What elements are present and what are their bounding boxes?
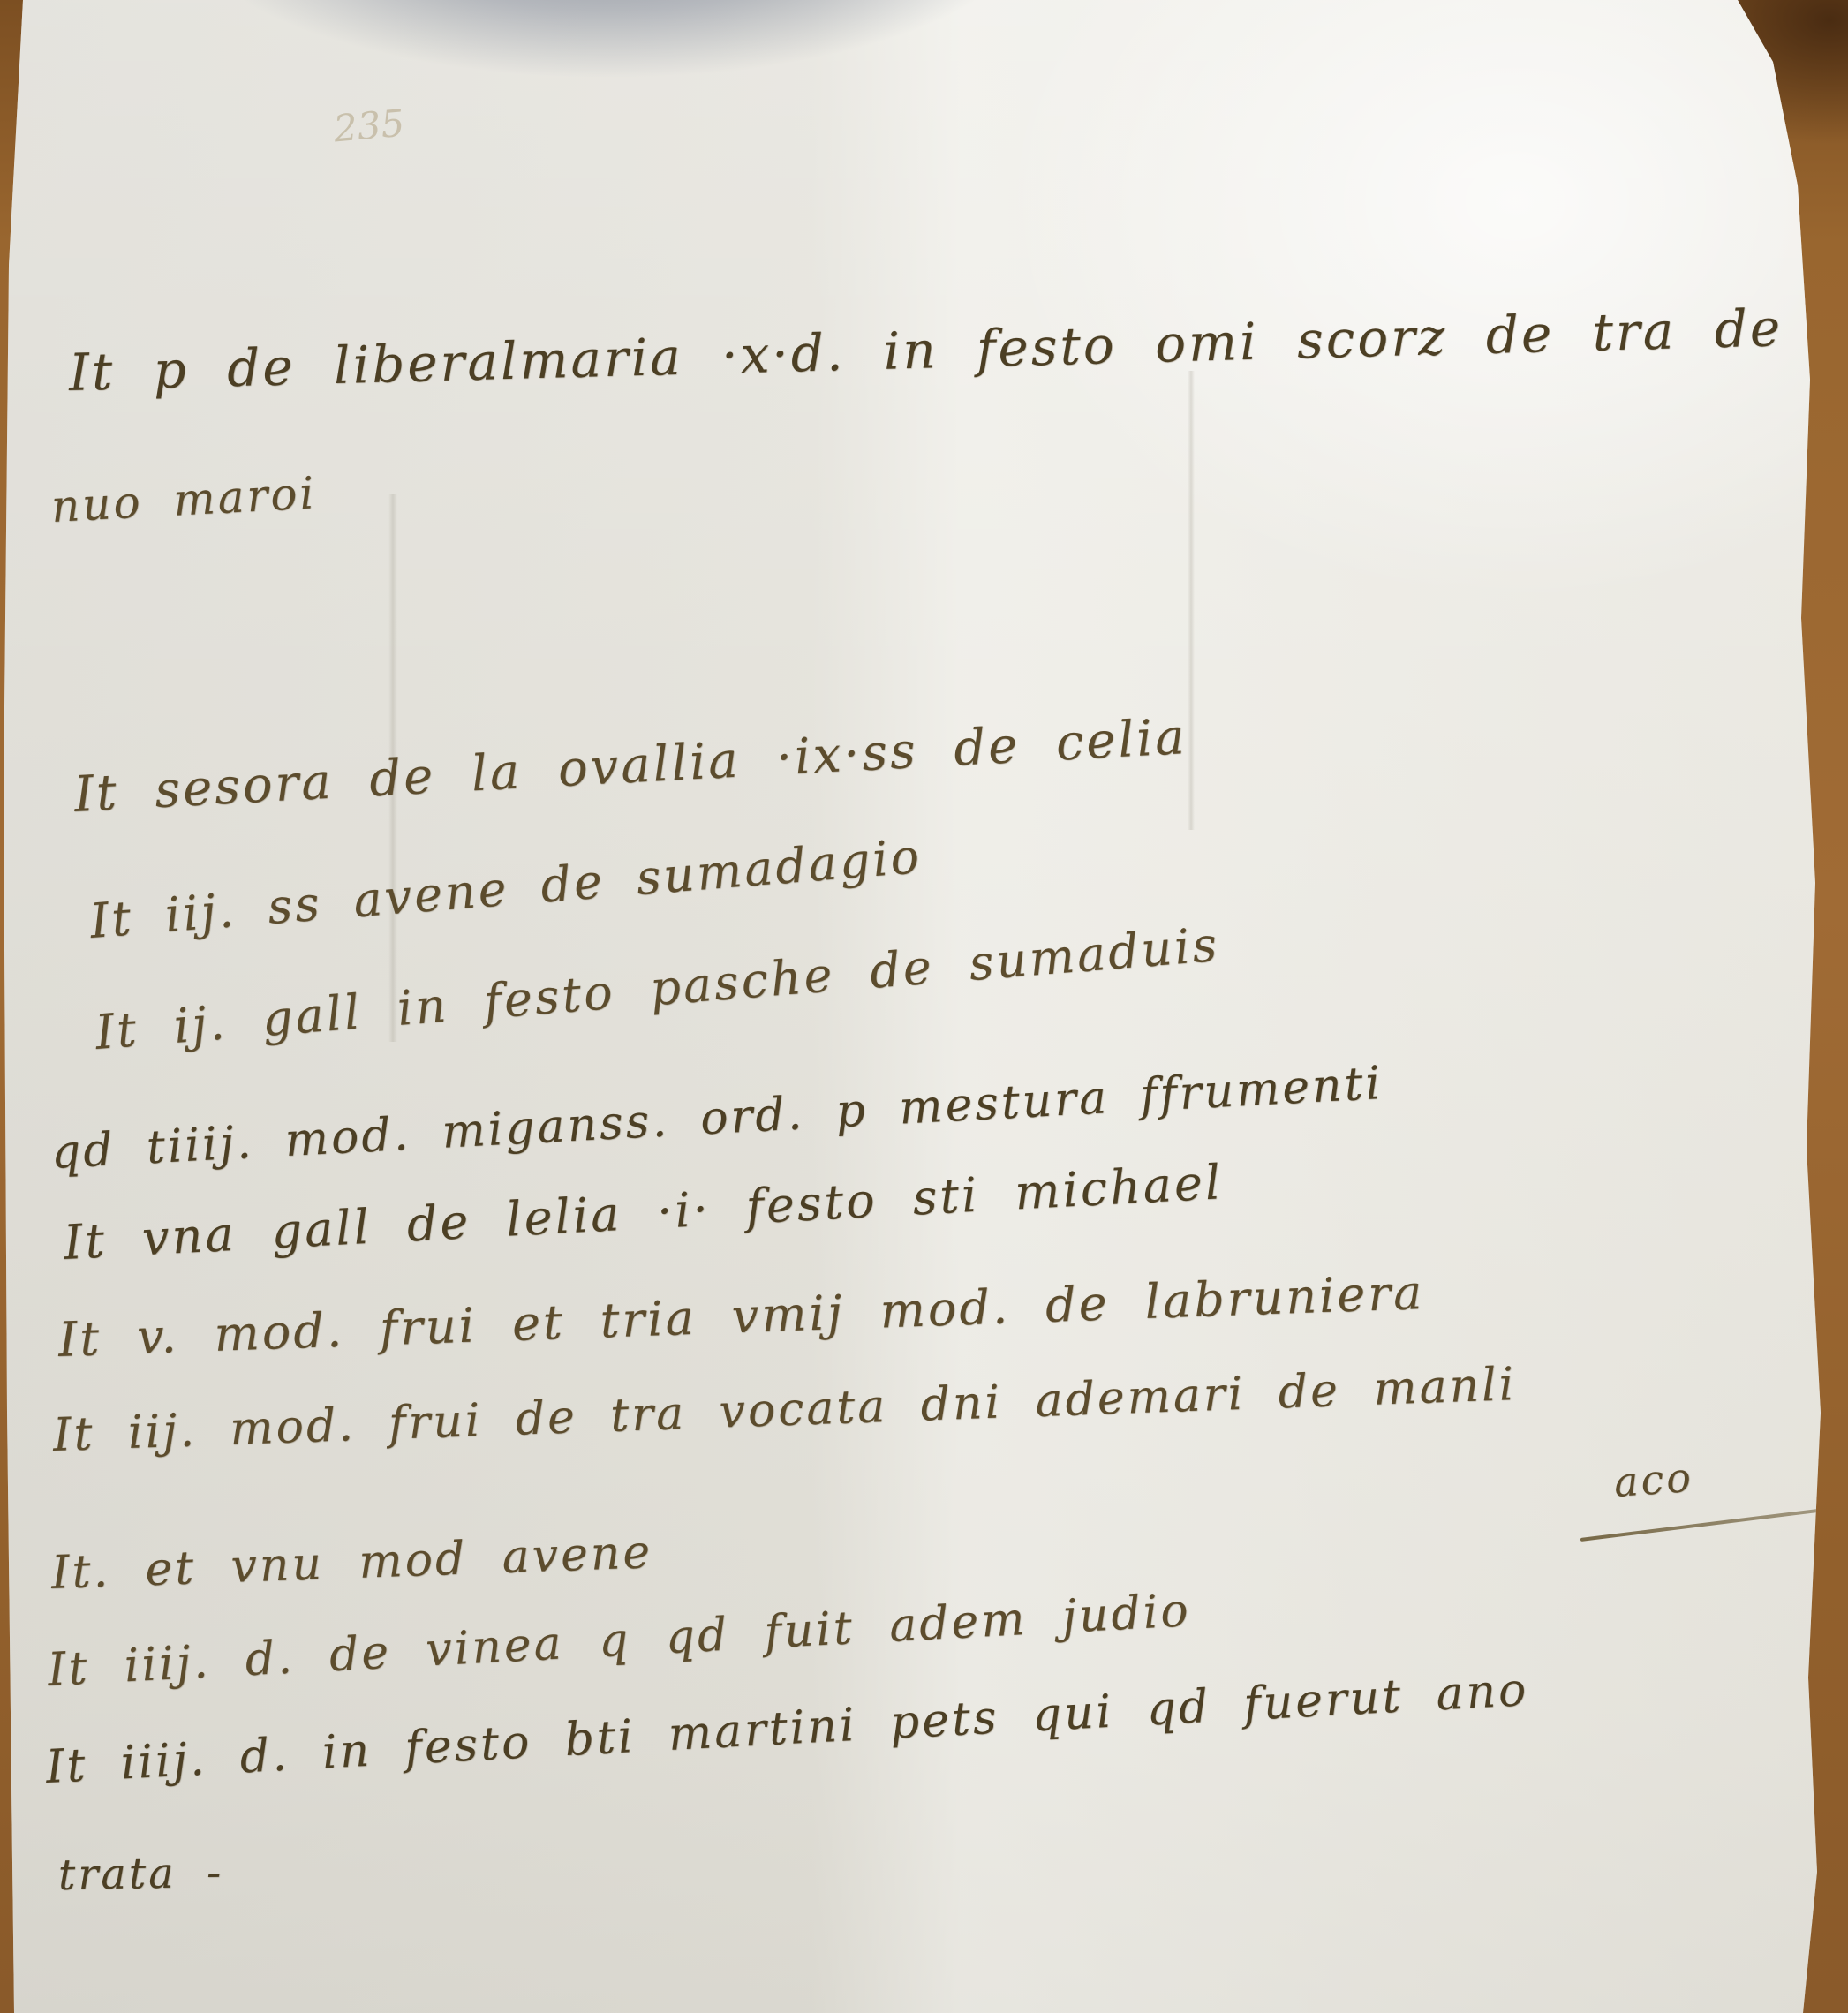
manuscript-line: It ij. gall in festo pasche de sumaduis [94,916,1222,1060]
manuscript-line: trata - [58,1848,224,1900]
manuscript-line: It iiij. d. de vinea q qd fuit adem judi… [46,1584,1192,1697]
manuscript-line: It sesora de la ovallia ·ix·ss de celia [72,708,1188,824]
paper-crease [1188,371,1195,830]
manuscript-line: It v. mod. frui et tria vmij mod. de lab… [57,1264,1425,1368]
manuscript-line: It vna gall de lelia ·i· festo sti micha… [62,1154,1224,1270]
manuscript-line: It. et vnu mod avene [50,1526,653,1600]
manuscript-line: nuo maroi [49,467,317,532]
manuscript-line: It p de liberalmaria ·x·d. in festo omi … [68,298,1784,403]
manuscript-page: 235 It p de liberalmaria ·x·d. in festo … [0,0,1848,2013]
manuscript-line: It iij. mod. frui de tra vocata dni adem… [52,1358,1517,1462]
manuscript-line: It iij. ss avene de sumadagio [88,828,924,949]
underline-flourish [1580,1508,1826,1542]
marginal-note: aco [1612,1453,1694,1506]
folio-number: 235 [332,102,406,151]
